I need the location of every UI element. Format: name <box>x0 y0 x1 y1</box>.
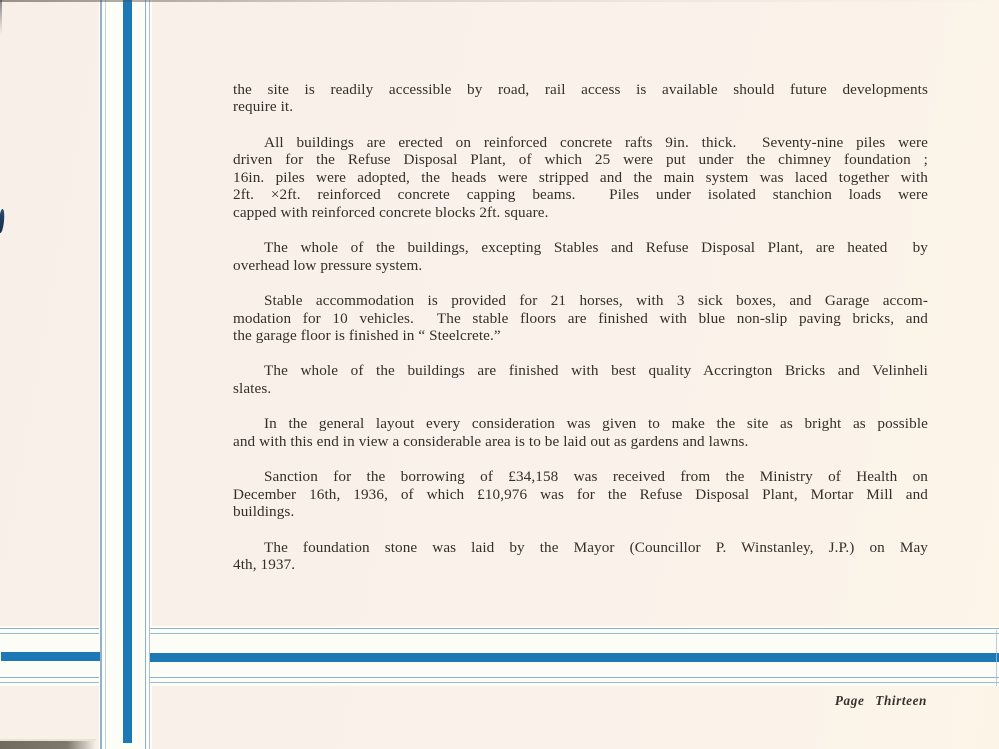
bottom-border-thin-line-3-left <box>0 677 99 678</box>
bottom-border-thick-line-left <box>1 652 100 661</box>
paragraph: the site is readily accessible by road, … <box>233 81 928 116</box>
paragraph: In the general layout every consideratio… <box>233 415 928 450</box>
left-edge-ink-mark <box>0 209 5 233</box>
bottom-border-thin-line-4-left <box>0 682 99 683</box>
scan-top-edge-shadow <box>0 0 999 2</box>
text-line: require it. <box>233 98 928 115</box>
right-edge-hairline <box>996 630 997 686</box>
text-line: 16in. piles were adopted, the heads were… <box>233 169 928 186</box>
text-line: 4th, 1937. <box>233 556 928 573</box>
paragraph: The whole of the buildings are finished … <box>233 362 928 397</box>
paragraph: All buildings are erected on reinforced … <box>233 134 928 221</box>
bottom-page-curl-shadow <box>0 739 96 749</box>
text-line: December 16th, 1936, of which £10,976 wa… <box>233 486 928 503</box>
text-line: buildings. <box>233 503 928 520</box>
text-line: and with this end in view a considerable… <box>233 433 928 450</box>
text-block: the site is readily accessible by road, … <box>233 81 928 574</box>
page-number: Page Thirteen <box>835 694 927 707</box>
text-line: driven for the Refuse Disposal Plant, of… <box>233 151 928 168</box>
left-border-thin-line-right2 <box>149 0 151 749</box>
text-line: the site is readily accessible by road, … <box>233 81 928 98</box>
paragraph: Sanction for the borrowing of £34,158 wa… <box>233 468 928 520</box>
bottom-border-thin-line-2-right <box>150 633 999 634</box>
paragraph: Stable accommodation is provided for 21 … <box>233 292 928 344</box>
bottom-border-thin-line-2-left <box>0 633 99 634</box>
text-line: modation for 10 vehicles. The stable flo… <box>233 310 928 327</box>
scan-left-edge-shadow <box>0 0 2 34</box>
text-line: The foundation stone was laid by the May… <box>233 539 928 556</box>
text-line: Sanction for the borrowing of £34,158 wa… <box>233 468 928 485</box>
text-line: All buildings are erected on reinforced … <box>233 134 928 151</box>
left-border-thin-line-inner <box>105 0 106 749</box>
left-border-thin-line-outer <box>100 0 102 749</box>
bottom-border-thin-line-4-right <box>150 682 999 683</box>
text-line: In the general layout every consideratio… <box>233 415 928 432</box>
text-line: Stable accommodation is provided for 21 … <box>233 292 928 309</box>
bottom-border-thin-line-3-right <box>150 677 999 678</box>
bottom-border-thin-line-1-left <box>0 628 99 629</box>
paragraph: The foundation stone was laid by the May… <box>233 539 928 574</box>
bottom-border-thick-line-right <box>150 653 999 662</box>
text-line: overhead low pressure system. <box>233 257 928 274</box>
left-border-thin-line-right1 <box>145 0 147 749</box>
text-line: the garage floor is finished in “ Steelc… <box>233 327 928 344</box>
text-line: slates. <box>233 380 928 397</box>
text-line: The whole of the buildings are finished … <box>233 362 928 379</box>
paragraph: The whole of the buildings, excepting St… <box>233 239 928 274</box>
text-line: 2ft. ×2ft. reinforced concrete capping b… <box>233 186 928 203</box>
left-border-thick-line <box>123 0 133 743</box>
bottom-border-thin-line-1-right <box>150 628 999 629</box>
text-line: capped with reinforced concrete blocks 2… <box>233 204 928 221</box>
text-line: The whole of the buildings, excepting St… <box>233 239 928 256</box>
